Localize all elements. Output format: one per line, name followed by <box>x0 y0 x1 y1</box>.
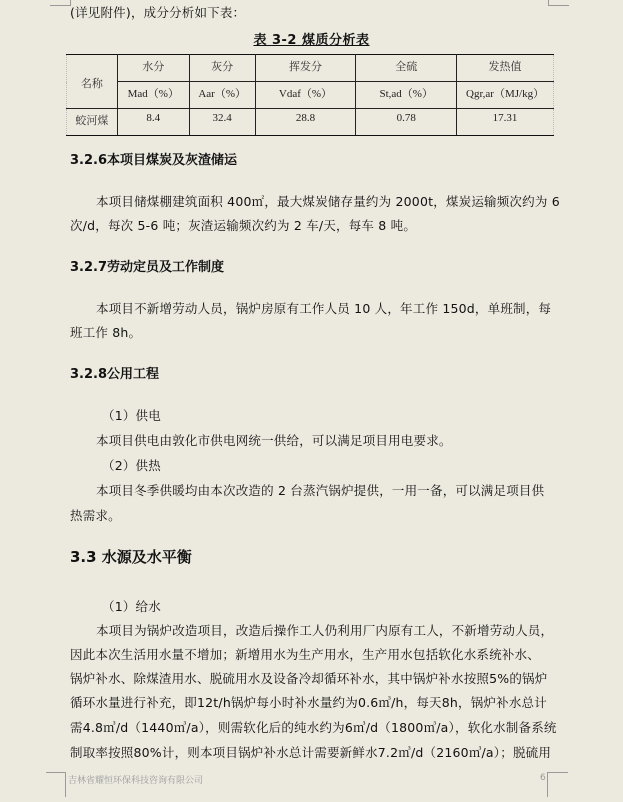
table-unit-row: Mad（%） Aar（%） Vdaf（%） St,ad（%） Qgr,ar（MJ… <box>67 82 554 109</box>
paragraph-line: 本项目不新增劳动人员，锅炉房原有工作人员 10 人，年工作 150d，单班制，每 <box>96 299 551 317</box>
paragraph-line: 热需求。 <box>70 506 121 524</box>
unit-sulfur: St,ad（%） <box>356 82 457 109</box>
heading-3-2-7: 3.2.7劳动定员及工作制度 <box>70 256 224 275</box>
header-name-cell: 名称 <box>67 55 118 109</box>
table-caption-text: 表 3-2 煤质分析表 <box>253 33 369 48</box>
unit-calorific: Qgr,ar（MJ/kg） <box>457 82 554 109</box>
item-label-power: （1）供电 <box>102 406 161 424</box>
header-moisture: 水分 <box>117 55 189 82</box>
heading-3-3: 3.3 水源及水平衡 <box>70 546 192 567</box>
paragraph-line: 制取率按照80%计，则本项目锅炉补水总计需要新鲜水7.2㎥/d（2160㎥/a）… <box>70 743 551 761</box>
unit-volatile: Vdaf（%） <box>255 82 356 109</box>
row-name: 蛟河煤 <box>67 109 118 136</box>
table-header-row: 名称 水分 灰分 挥发分 全硫 发热值 <box>67 55 554 82</box>
paragraph-line: 本项目储煤棚建筑面积 400㎡，最大煤炭储存量约为 2000t，煤炭运输频次约为… <box>96 192 560 210</box>
item-label-water-supply: （1）给水 <box>102 597 161 615</box>
paragraph-line: 锅炉补水、除煤渣用水、脱硫用水及设备冷却循环补水，其中锅炉补水按照5%的锅炉 <box>70 669 547 687</box>
value-moisture: 8.4 <box>117 109 189 136</box>
paragraph-line: 需4.8㎥/d（1440㎥/a），则需软化后的纯水约为6㎥/d（1800㎥/a）… <box>70 718 557 736</box>
table-caption: 表 3-2 煤质分析表 <box>0 29 623 48</box>
crop-mark-bottom-left <box>46 772 66 797</box>
intro-line: (详见附件)，成分分析如下表： <box>70 3 245 21</box>
coal-quality-table: 名称 水分 灰分 挥发分 全硫 发热值 Mad（%） Aar（%） Vdaf（%… <box>66 54 554 136</box>
header-calorific: 发热值 <box>457 55 554 82</box>
heading-3-2-6: 3.2.6本项目煤炭及灰渣储运 <box>70 149 237 168</box>
paragraph-line: 本项目供电由敦化市供电网统一供给，可以满足项目用电要求。 <box>96 431 452 449</box>
value-volatile: 28.8 <box>255 109 356 136</box>
paragraph-line: 次/d，每次 5-6 吨；灰渣运输频次约为 2 车/天，每车 8 吨。 <box>70 216 416 234</box>
header-volatile: 挥发分 <box>255 55 356 82</box>
heading-3-2-8: 3.2.8公用工程 <box>70 363 159 382</box>
header-ash: 灰分 <box>189 55 255 82</box>
crop-mark-bottom-right <box>547 772 568 797</box>
crop-mark-top-left <box>50 0 71 6</box>
item-label-heating: （2）供热 <box>102 456 161 474</box>
footer-company-name: 吉林省耀恒环保科技咨询有限公司 <box>68 773 203 786</box>
paragraph-line: 本项目为锅炉改造项目，改造后操作工人仍利用厂内原有工人，不新增劳动人员， <box>96 621 553 639</box>
paragraph-line: 循环水量进行补充，即12t/h锅炉每小时补水量约为0.6㎥/h，每天8h，锅炉补… <box>70 693 547 711</box>
unit-moisture: Mad（%） <box>117 82 189 109</box>
paragraph-line: 班工作 8h。 <box>70 323 141 341</box>
header-sulfur: 全硫 <box>356 55 457 82</box>
table-row: 蛟河煤 8.4 32.4 28.8 0.78 17.31 <box>67 109 554 136</box>
value-sulfur: 0.78 <box>356 109 457 136</box>
crop-mark-top-right <box>548 0 569 6</box>
footer-page-number: 6 <box>540 773 546 783</box>
value-ash: 32.4 <box>189 109 255 136</box>
paragraph-line: 本项目冬季供暖均由本次改造的 2 台蒸汽锅炉提供，一用一备，可以满足项目供 <box>96 481 544 499</box>
value-calorific: 17.31 <box>457 109 554 136</box>
paragraph-line: 因此本次生活用水量不增加；新增用水为生产用水，生产用水包括软化水系统补水、 <box>70 645 540 663</box>
unit-ash: Aar（%） <box>189 82 255 109</box>
